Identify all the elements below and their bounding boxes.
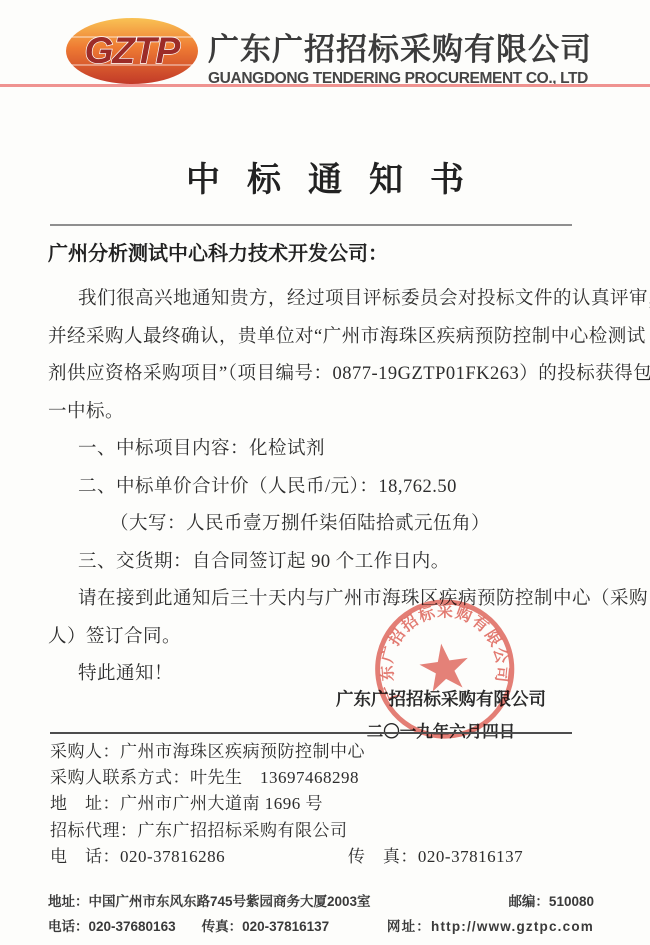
body-line-amount-words: （大写：人民币壹万捌仟柒佰陆拾贰元伍角） <box>48 506 588 544</box>
gztp-logo-icon: GZTP <box>62 15 202 87</box>
footer-row-2: 电话：020-37680163 传真：020-37816137 网址：http:… <box>48 914 594 939</box>
body-line: 并经采购人最终确认，贵单位对“广州市海珠区疾病预防控制中心检测试 <box>48 319 588 357</box>
addressee-line: 广州分析测试中心科力技术开发公司： <box>48 240 588 281</box>
body-line: 人）签订合同。 <box>48 619 588 657</box>
contact-divider <box>50 732 572 734</box>
body-line-item2: 二、中标单价合计价（人民币/元）：18,762.50 <box>48 469 588 507</box>
title-divider <box>50 224 572 226</box>
signature-company: 广东广招招标采购有限公司 <box>330 686 552 711</box>
footer-block: 地址：中国广州市东风东路745号紫园商务大厦2003室 邮编：510080 电话… <box>48 889 594 939</box>
body-line: 请在接到此通知后三十天内与广州市海珠区疾病预防控制中心（采购 <box>48 581 588 619</box>
body-line-item1: 一、中标项目内容：化检试剂 <box>48 431 588 469</box>
notice-body: 广州分析测试中心科力技术开发公司： 我们很高兴地通知贵方，经过项目评标委员会对投… <box>48 240 588 694</box>
contact-person: 采购人联系方式：叶先生 13697468298 <box>50 765 572 791</box>
footer-address: 地址：中国广州市东风东路745号紫园商务大厦2003室 <box>48 889 371 914</box>
scanned-notice-document: GZTP 广东广招招标采购有限公司 GUANGDONG TENDERING PR… <box>0 0 650 945</box>
footer-postcode: 邮编：510080 <box>508 889 594 914</box>
svg-text:GZTP: GZTP <box>85 30 181 71</box>
contact-phone: 电 话：020-37816286 <box>50 847 225 866</box>
company-name-cn: 广东广招招标采购有限公司 <box>208 24 600 69</box>
footer-row-1: 地址：中国广州市东风东路745号紫园商务大厦2003室 邮编：510080 <box>48 889 594 914</box>
contact-fax: 传 真：020-37816137 <box>348 844 523 870</box>
body-line: 我们很高兴地通知贵方，经过项目评标委员会对投标文件的认真评审， <box>48 281 588 319</box>
document-title: 中标通知书 <box>0 152 650 201</box>
company-logo: GZTP <box>62 15 202 87</box>
body-line: 剂供应资格采购项目”（项目编号：0877-19GZTP01FK263）的投标获得… <box>48 356 588 394</box>
contact-block: 采购人：广州市海珠区疾病预防控制中心 采购人联系方式：叶先生 136974682… <box>50 739 572 870</box>
contact-address: 地 址：广州市广州大道南 1696 号 <box>50 791 572 817</box>
footer-fax: 传真：020-37816137 <box>202 914 330 939</box>
body-line: 一中标。 <box>48 394 588 432</box>
footer-phone-fax: 电话：020-37680163 传真：020-37816137 <box>48 914 329 939</box>
contact-purchaser: 采购人：广州市海珠区疾病预防控制中心 <box>50 739 572 765</box>
header-divider <box>0 84 650 87</box>
body-line-item3: 三、交货期：自合同签订起 90 个工作日内。 <box>48 544 588 582</box>
footer-website: 网址：http://www.gztpc.com <box>387 914 594 939</box>
contact-phone-fax: 电 话：020-37816286 传 真：020-37816137 <box>50 844 572 870</box>
footer-phone: 电话：020-37680163 <box>48 914 176 939</box>
contact-agent: 招标代理：广东广招招标采购有限公司 <box>50 818 572 844</box>
letterhead: 广东广招招标采购有限公司 GUANGDONG TENDERING PROCURE… <box>208 24 600 88</box>
